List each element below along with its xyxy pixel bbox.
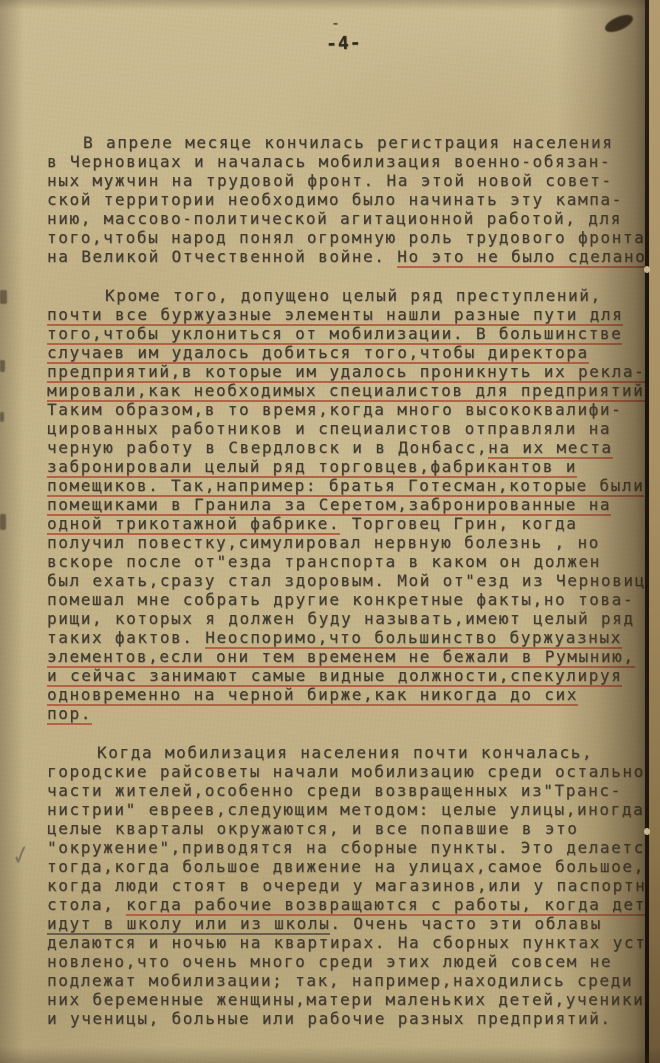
left-edge-shadow — [0, 0, 24, 1063]
ink-smudge — [0, 514, 6, 530]
text-segment: части жителей,особенно среди возвращенны… — [47, 781, 622, 800]
text-segment: и ученицы, больные или рабочие разных пр… — [47, 1009, 612, 1028]
paper-notch — [644, 266, 650, 273]
text-segment: на Великой Отчественной войне. — [47, 247, 397, 266]
text-segment: них беременные женщины,матери маленьких … — [47, 990, 644, 1009]
bottom-edge-shadow — [0, 1047, 660, 1063]
text-segment: таких фактов. — [47, 628, 205, 647]
text-segment: получил повестку,симулировал нервную бол… — [47, 533, 600, 552]
text-segment: В апреле месяце кончилась регистрация на… — [83, 133, 613, 152]
spine-shadow — [556, 0, 648, 1063]
text-segment: подлежат мобилизации; так, например,нахо… — [47, 971, 633, 990]
text-segment: нистрии" евреев,следующим методом: целые… — [47, 800, 644, 819]
ink-smudge — [0, 412, 4, 422]
underlined-text: одновременно на черной бирже,как никогда… — [47, 685, 578, 706]
page-number: -4- — [326, 32, 362, 54]
text-segment: черную работу в Свердловск и в Донбасс, — [47, 438, 488, 457]
text-segment: Когда мобилизация населения почти кончал… — [97, 743, 593, 762]
underlined-text: случаев им удалось добиться того,чтобы д… — [47, 343, 589, 364]
text-segment: нию, массово-политической агитационной р… — [47, 209, 622, 228]
text-segment: в Черновицах и началась мобилизация воен… — [47, 152, 611, 171]
text-segment: Таким образом,в то время,когда много выс… — [47, 400, 622, 419]
scanned-document-page: { "page": { "number": "-4-", "corner_tic… — [0, 0, 660, 1063]
text-segment: Торговец Грин, когда — [340, 514, 577, 533]
next-page-edge — [649, 0, 660, 1063]
underlined-text: помещиков. Так,например: братья Готесман… — [47, 476, 644, 497]
text-segment: стола, — [47, 895, 126, 914]
text-segment: цированных работников и специалистов отп… — [47, 419, 611, 438]
text-segment: новлено,что очень много среди этих людей… — [47, 952, 612, 971]
underlined-text: идут в школу или из школы — [47, 914, 330, 935]
text-segment: помешал мне собрать другие конкретные фа… — [47, 590, 634, 609]
text-segment: рищи, которых я должен буду называть,име… — [47, 609, 635, 628]
text-segment: ных мужчин на трудовой фронт. На этой но… — [47, 171, 613, 190]
underlined-text: и сейчас занимают самые видные должности… — [47, 666, 622, 687]
ink-smudge — [0, 290, 7, 304]
underlined-text: почти все буржуазные элементы нашли разн… — [47, 305, 623, 326]
underlined-text: забронировали целый ряд торговцев,фабрик… — [47, 457, 577, 478]
underlined-text: одной трикотажной фабрике. — [47, 514, 340, 535]
text-segment: вскоре после от"езда транспорта в каком … — [47, 552, 601, 571]
underlined-text: помещиками в Гранила за Серетом,забронир… — [47, 495, 611, 516]
text-segment: Кроме того, допущено целый ряд преступле… — [105, 286, 602, 305]
text-segment: ской территории необходимо было начинать… — [47, 190, 623, 209]
underlined-text: элементов,если они тем временем не бежал… — [47, 647, 635, 668]
underlined-text: пор. — [47, 704, 92, 725]
stray-tick-mark: - — [331, 14, 341, 32]
ink-smudge — [0, 360, 5, 372]
paper-notch — [644, 828, 650, 835]
underlined-text: того,чтобы уклониться от мобилизации. В … — [47, 324, 622, 345]
text-segment: целые кварталы окружаются, и все попавши… — [47, 819, 578, 838]
